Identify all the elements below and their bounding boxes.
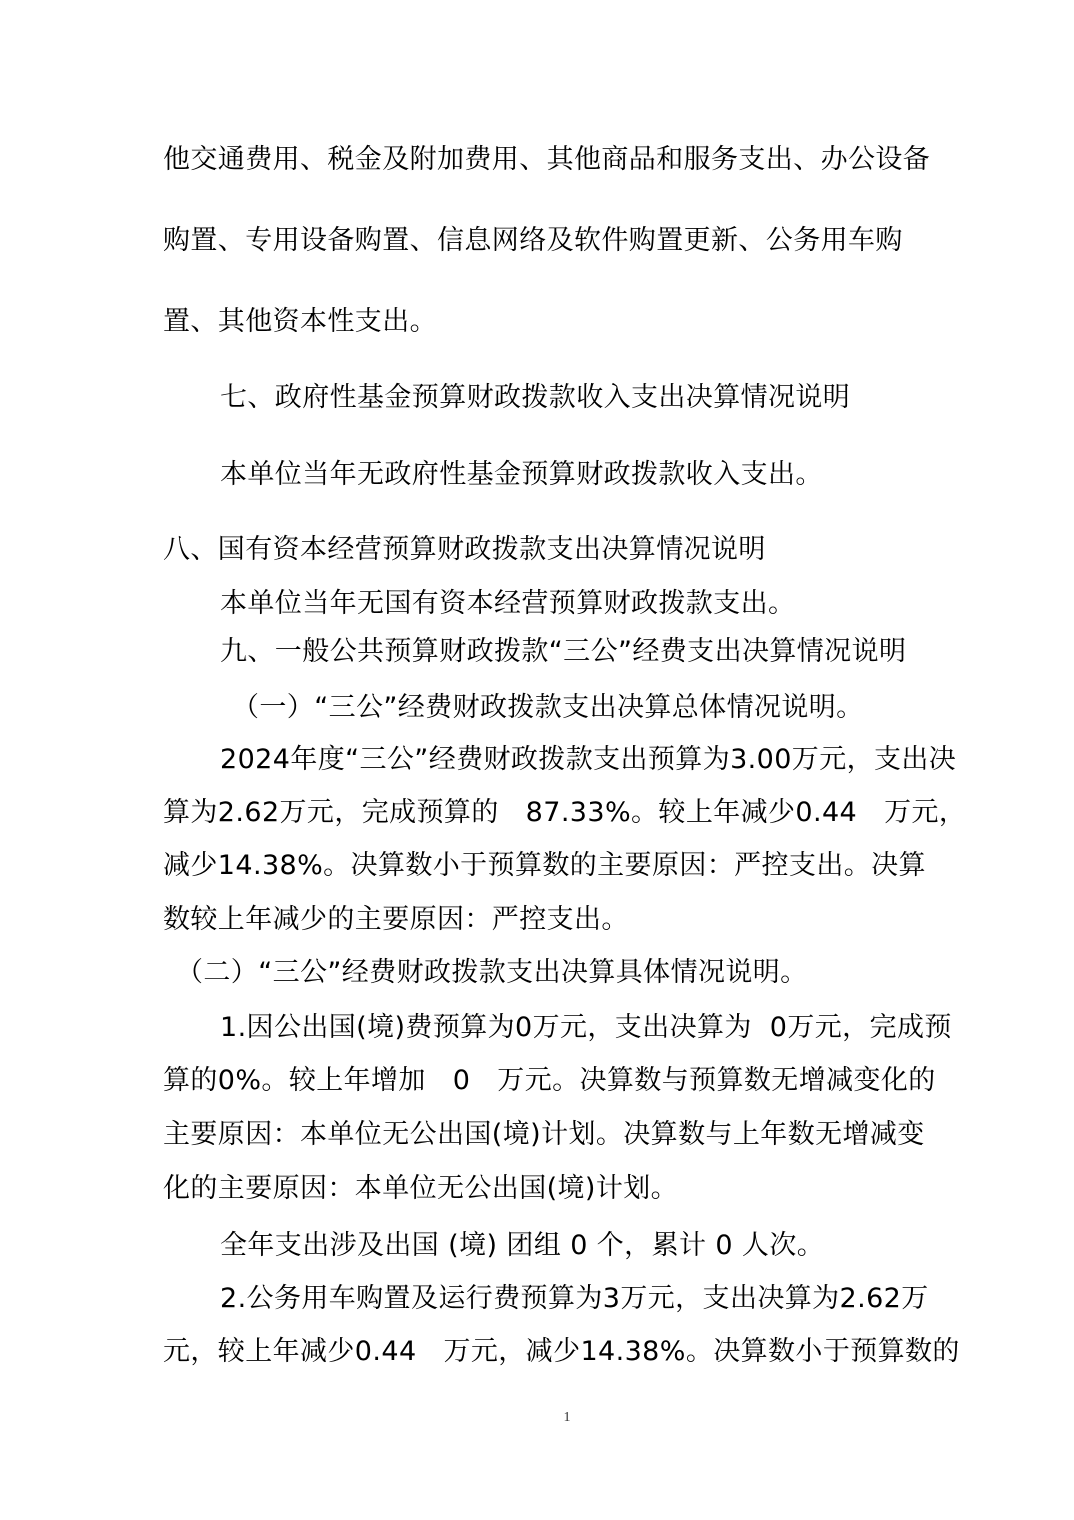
paragraph-line: 主要原因：本单位无公出国(境)计划。决算数与上年数无增减变 — [163, 1118, 975, 1152]
paragraph-line: 数较上年减少的主要原因：严控支出。 — [163, 903, 975, 937]
paragraph-line: 算为2.62万元，完成预算的 87.33%。较上年减少0.44 万元， — [163, 796, 975, 830]
paragraph-line: 购置、专用设备购置、信息网络及软件购置更新、公务用车购 — [163, 224, 975, 258]
paragraph-line: 1.因公出国(境)费预算为0万元，支出决算为 0万元，完成预 — [220, 1011, 980, 1045]
paragraph-line: 2.公务用车购置及运行费预算为3万元，支出决算为2.62万 — [220, 1282, 980, 1316]
paragraph-line: 算的0%。较上年增加 0 万元。决算数与预算数无增减变化的 — [163, 1064, 975, 1098]
paragraph-line: 化的主要原因：本单位无公出国(境)计划。 — [163, 1172, 975, 1206]
paragraph-line: 置、其他资本性支出。 — [163, 305, 975, 339]
paragraph-line: 本单位当年无国有资本经营预算财政拨款支出。 — [220, 587, 980, 621]
document-page: 他交通费用、税金及附加费用、其他商品和服务支出、办公设备 购置、专用设备购置、信… — [0, 0, 1074, 1520]
page-number: 1 — [0, 1410, 1074, 1426]
subsection-heading-1: （一）“三公”经费财政拨款支出决算总体情况说明。 — [232, 691, 1044, 725]
section-heading-7: 七、政府性基金预算财政拨款收入支出决算情况说明 — [220, 381, 980, 415]
subsection-heading-2: （二）“三公”经费财政拨款支出决算具体情况说明。 — [176, 956, 988, 990]
paragraph-line: 元，较上年减少0.44 万元，减少14.38%。决算数小于预算数的 — [163, 1335, 975, 1369]
section-heading-9: 九、一般公共预算财政拨款“三公”经费支出决算情况说明 — [220, 635, 980, 669]
paragraph-line: 他交通费用、税金及附加费用、其他商品和服务支出、办公设备 — [163, 143, 975, 177]
paragraph-line: 全年支出涉及出国 (境) 团组 0 个，累计 0 人次。 — [220, 1229, 980, 1263]
paragraph-line: 减少14.38%。决算数小于预算数的主要原因：严控支出。决算 — [163, 849, 975, 883]
section-heading-8: 八、国有资本经营预算财政拨款支出决算情况说明 — [163, 533, 975, 567]
paragraph-line: 本单位当年无政府性基金预算财政拨款收入支出。 — [220, 458, 980, 492]
paragraph-line: 2024年度“三公”经费财政拨款支出预算为3.00万元，支出决 — [220, 743, 980, 777]
